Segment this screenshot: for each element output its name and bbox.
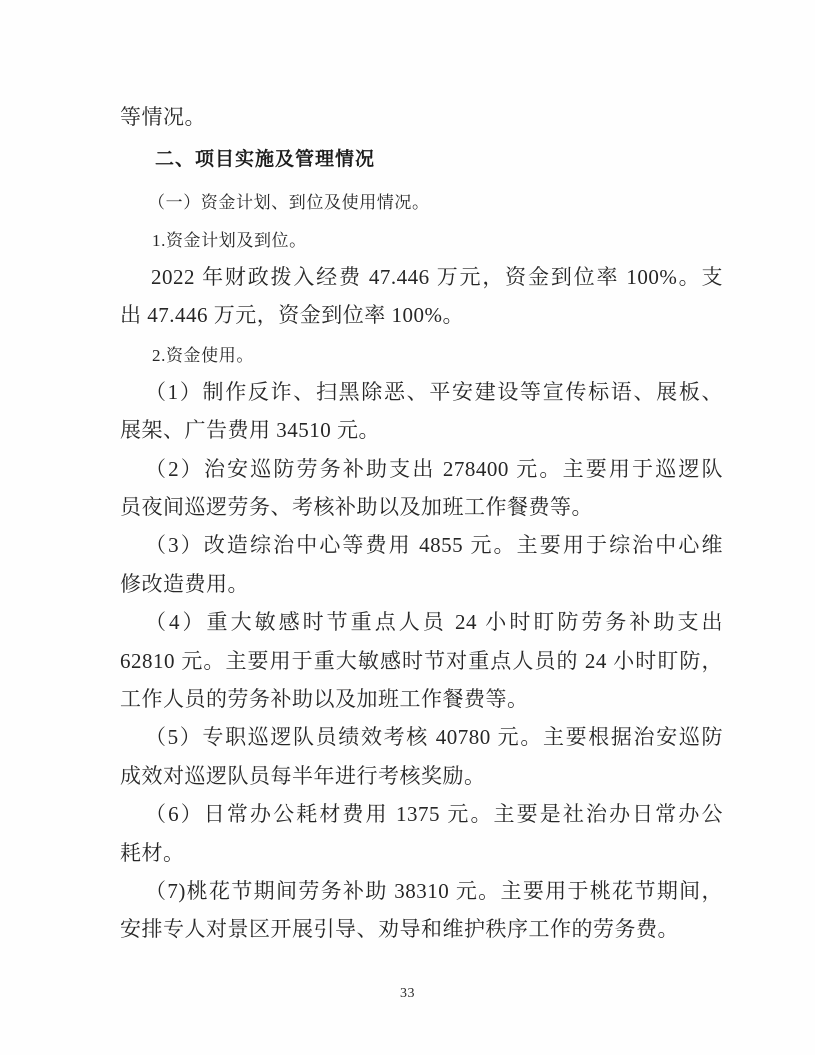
body-line: 工作人员的劳务补助以及加班工作餐费等。 xyxy=(120,684,723,714)
list-heading-funds-used: 2.资金使用。 xyxy=(120,341,723,371)
body-line: 安排专人对景区开展引导、劝导和维护秩序工作的劳务费。 xyxy=(120,914,723,944)
document-page: 等情况。 二、项目实施及管理情况 （一）资金计划、到位及使用情况。 1.资金计划… xyxy=(0,0,815,1055)
body-line-item-3: （3）改造综治中心等费用 4855 元。主要用于综治中心维 xyxy=(120,530,723,560)
body-line-item-6: （6）日常办公耗材费用 1375 元。主要是社治办日常办公 xyxy=(120,799,723,829)
subsection-heading: （一）资金计划、到位及使用情况。 xyxy=(120,188,723,218)
body-line-item-2: （2）治安巡防劳务补助支出 278400 元。主要用于巡逻队 xyxy=(120,454,723,484)
page-number: 33 xyxy=(0,986,815,1002)
body-line: 展架、广告费用 34510 元。 xyxy=(120,415,723,445)
body-line: 成效对巡逻队员每半年进行考核奖励。 xyxy=(120,761,723,791)
list-heading-funds-planned: 1.资金计划及到位。 xyxy=(120,226,723,256)
body-line-item-4: （4）重大敏感时节重点人员 24 小时盯防劳务补助支出 xyxy=(120,607,723,637)
body-line-item-5: （5）专职巡逻队员绩效考核 40780 元。主要根据治安巡防 xyxy=(120,722,723,752)
body-line: 出 47.446 万元，资金到位率 100%。 xyxy=(120,300,723,330)
section-heading: 二、项目实施及管理情况 xyxy=(120,145,723,175)
body-line: 员夜间巡逻劳务、考核补助以及加班工作餐费等。 xyxy=(120,492,723,522)
body-line: 2022 年财政拨入经费 47.446 万元，资金到位率 100%。支 xyxy=(120,262,723,292)
body-line: 等情况。 xyxy=(120,102,723,132)
body-line: 耗材。 xyxy=(120,838,723,868)
body-line: 62810 元。主要用于重大敏感时节对重点人员的 24 小时盯防， xyxy=(120,646,723,676)
body-line-item-7: （7)桃花节期间劳务补助 38310 元。主要用于桃花节期间， xyxy=(120,876,723,906)
body-line-item-1: （1）制作反诈、扫黑除恶、平安建设等宣传标语、展板、 xyxy=(120,377,723,407)
body-line: 修改造费用。 xyxy=(120,569,723,599)
